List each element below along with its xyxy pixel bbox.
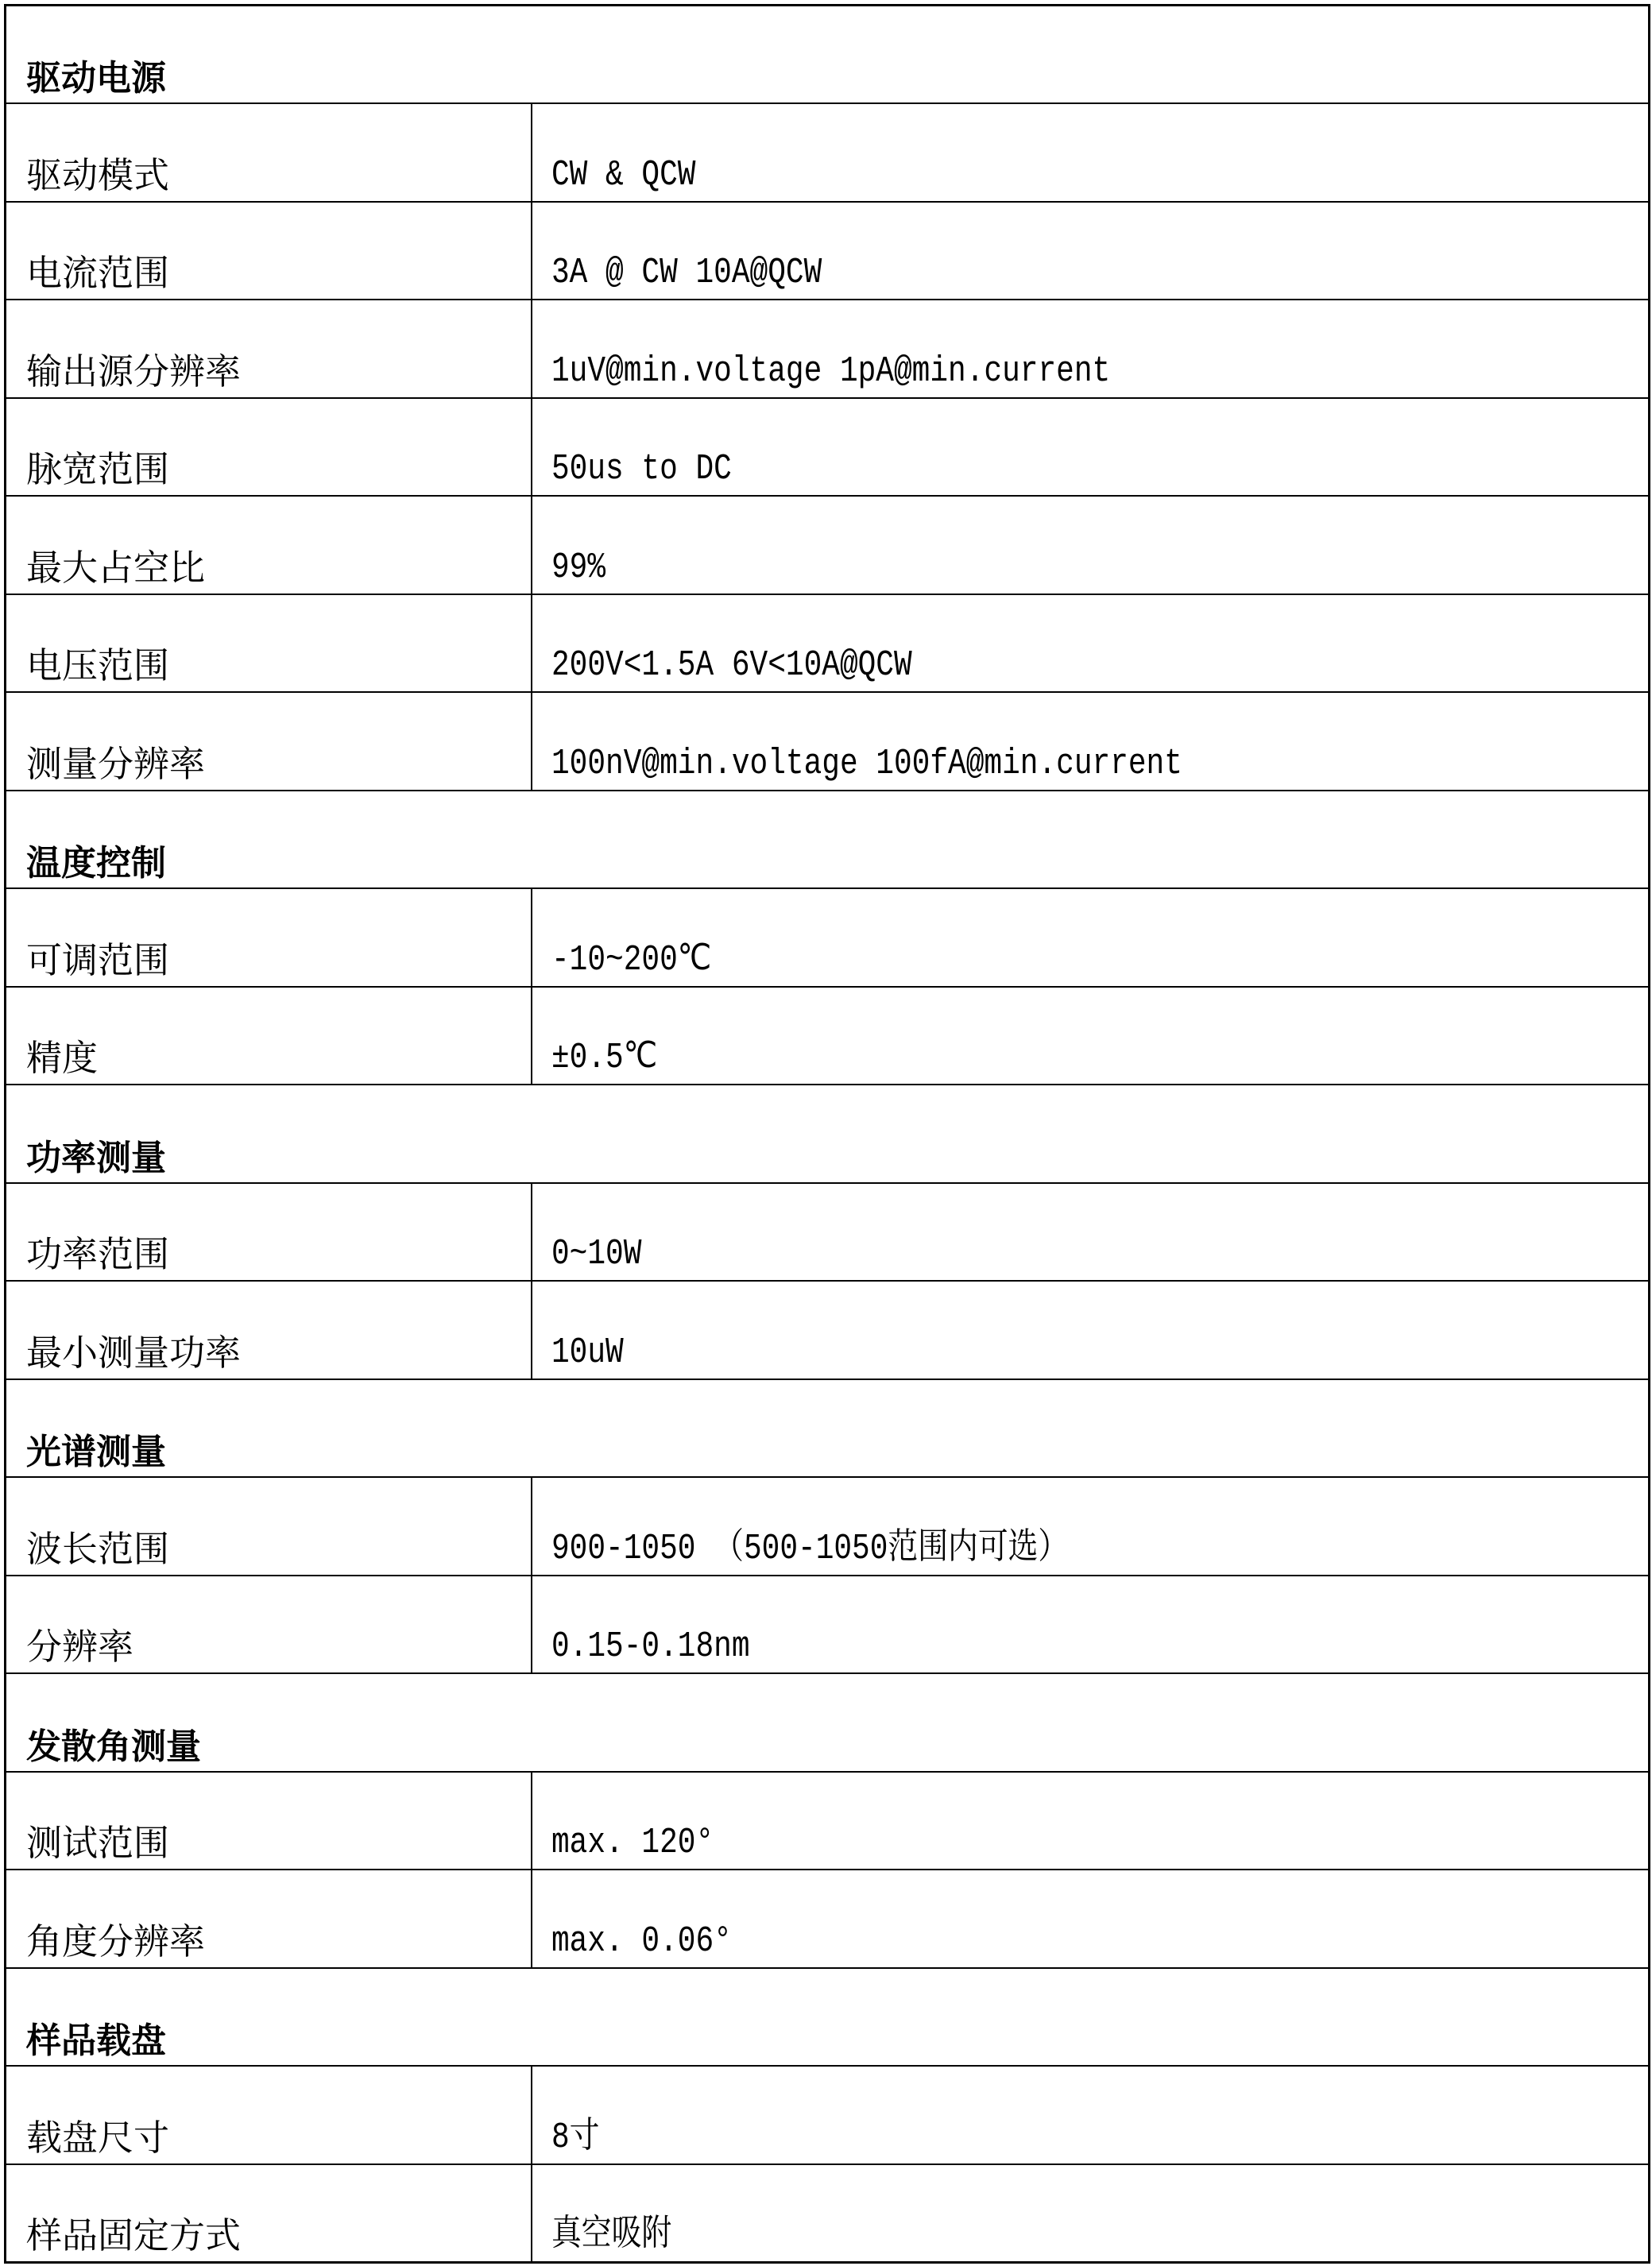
- value-cell: 8寸: [532, 2066, 1650, 2164]
- row-label: 最大占空比: [6, 547, 531, 594]
- row-value: 200V<1.5A 6V<10A@QCW: [551, 645, 912, 686]
- section-header-row: 温度控制: [6, 791, 1650, 889]
- label-cell: 最小测量功率: [6, 1281, 532, 1379]
- value-cell: 900-1050 （500-1050范围内可选）: [532, 1477, 1650, 1576]
- label-cell: 输出源分辨率: [6, 300, 532, 398]
- table-row: 精度 ±0.5℃: [6, 987, 1650, 1085]
- table-row: 载盘尺寸 8寸: [6, 2066, 1650, 2164]
- value-cell: 100nV@min.voltage 100fA@min.current: [532, 692, 1650, 791]
- section-header-cell: 功率测量: [6, 1085, 1650, 1183]
- section-title: 驱动电源: [6, 58, 1648, 102]
- table-row: 输出源分辨率 1uV@min.voltage 1pA@min.current: [6, 300, 1650, 398]
- row-value: CW & QCW: [551, 155, 695, 196]
- value-cell: 真空吸附: [532, 2164, 1650, 2263]
- table-row: 功率范围 0~10W: [6, 1183, 1650, 1282]
- row-value: 8寸: [551, 2117, 599, 2159]
- label-cell: 电压范围: [6, 594, 532, 693]
- value-cell: max. 0.06°: [532, 1870, 1650, 1968]
- section-header-row: 发散角测量: [6, 1673, 1650, 1772]
- value-cell: CW & QCW: [532, 103, 1650, 202]
- label-cell: 功率范围: [6, 1183, 532, 1282]
- row-label: 功率范围: [6, 1234, 531, 1280]
- table-row: 可调范围 -10~200℃: [6, 888, 1650, 987]
- label-cell: 测量分辨率: [6, 692, 532, 791]
- section-title: 光谱测量: [6, 1432, 1648, 1476]
- spec-table: 驱动电源 驱动模式 CW & QCW 电流范围 3A @ CW 10A@QCW …: [4, 4, 1650, 2264]
- section-header-row: 光谱测量: [6, 1379, 1650, 1478]
- value-cell: max. 120°: [532, 1772, 1650, 1870]
- row-value: -10~200℃: [551, 940, 711, 981]
- label-cell: 驱动模式: [6, 103, 532, 202]
- label-cell: 测试范围: [6, 1772, 532, 1870]
- row-label: 输出源分辨率: [6, 351, 531, 397]
- value-cell: 200V<1.5A 6V<10A@QCW: [532, 594, 1650, 693]
- value-cell: 3A @ CW 10A@QCW: [532, 202, 1650, 300]
- table-row: 测量分辨率 100nV@min.voltage 100fA@min.curren…: [6, 692, 1650, 791]
- row-value: 0~10W: [551, 1234, 641, 1275]
- label-cell: 脉宽范围: [6, 398, 532, 497]
- row-label: 测试范围: [6, 1823, 531, 1869]
- row-value: max. 0.06°: [551, 1921, 732, 1962]
- row-label: 脉宽范围: [6, 449, 531, 495]
- section-title: 温度控制: [6, 843, 1648, 887]
- value-cell: 10uW: [532, 1281, 1650, 1379]
- section-title: 功率测量: [6, 1138, 1648, 1182]
- row-value: 900-1050 （500-1050范围内可选）: [551, 1529, 1068, 1570]
- table-row: 波长范围 900-1050 （500-1050范围内可选）: [6, 1477, 1650, 1576]
- row-value: 50us to DC: [551, 449, 732, 490]
- row-label: 波长范围: [6, 1529, 531, 1575]
- row-label: 电压范围: [6, 645, 531, 691]
- label-cell: 波长范围: [6, 1477, 532, 1576]
- row-value: 1uV@min.voltage 1pA@min.current: [551, 351, 1110, 392]
- label-cell: 样品固定方式: [6, 2164, 532, 2263]
- row-label: 角度分辨率: [6, 1921, 531, 1967]
- row-value: 10uW: [551, 1332, 624, 1374]
- label-cell: 精度: [6, 987, 532, 1085]
- row-label: 最小测量功率: [6, 1332, 531, 1379]
- row-value: 0.15-0.18nm: [551, 1626, 750, 1668]
- row-value: 100nV@min.voltage 100fA@min.current: [551, 744, 1182, 785]
- section-header-cell: 驱动电源: [6, 6, 1650, 104]
- row-label: 分辨率: [6, 1626, 531, 1672]
- row-label: 可调范围: [6, 940, 531, 986]
- table-row: 角度分辨率 max. 0.06°: [6, 1870, 1650, 1968]
- value-cell: 50us to DC: [532, 398, 1650, 497]
- value-cell: 0.15-0.18nm: [532, 1576, 1650, 1674]
- label-cell: 电流范围: [6, 202, 532, 300]
- row-value: ±0.5℃: [551, 1038, 657, 1079]
- table-row: 测试范围 max. 120°: [6, 1772, 1650, 1870]
- label-cell: 可调范围: [6, 888, 532, 987]
- value-cell: -10~200℃: [532, 888, 1650, 987]
- section-header-row: 驱动电源: [6, 6, 1650, 104]
- table-row: 电流范围 3A @ CW 10A@QCW: [6, 202, 1650, 300]
- section-header-cell: 发散角测量: [6, 1673, 1650, 1772]
- section-header-cell: 样品载盘: [6, 1968, 1650, 2067]
- section-header-cell: 光谱测量: [6, 1379, 1650, 1478]
- row-label: 精度: [6, 1038, 531, 1084]
- row-label: 样品固定方式: [6, 2215, 531, 2261]
- value-cell: 99%: [532, 496, 1650, 594]
- label-cell: 角度分辨率: [6, 1870, 532, 1968]
- table-row: 脉宽范围 50us to DC: [6, 398, 1650, 497]
- value-cell: ±0.5℃: [532, 987, 1650, 1085]
- row-label: 驱动模式: [6, 155, 531, 201]
- row-value: max. 120°: [551, 1823, 714, 1864]
- table-row: 驱动模式 CW & QCW: [6, 103, 1650, 202]
- row-value: 真空吸附: [551, 2215, 671, 2256]
- section-title: 发散角测量: [6, 1727, 1648, 1771]
- table-row: 最大占空比 99%: [6, 496, 1650, 594]
- value-cell: 0~10W: [532, 1183, 1650, 1282]
- label-cell: 最大占空比: [6, 496, 532, 594]
- section-header-cell: 温度控制: [6, 791, 1650, 889]
- row-value: 99%: [551, 547, 605, 589]
- table-row: 分辨率 0.15-0.18nm: [6, 1576, 1650, 1674]
- row-value: 3A @ CW 10A@QCW: [551, 253, 822, 294]
- value-cell: 1uV@min.voltage 1pA@min.current: [532, 300, 1650, 398]
- row-label: 载盘尺寸: [6, 2117, 531, 2164]
- table-row: 电压范围 200V<1.5A 6V<10A@QCW: [6, 594, 1650, 693]
- table-row: 样品固定方式 真空吸附: [6, 2164, 1650, 2263]
- row-label: 电流范围: [6, 253, 531, 299]
- section-header-row: 样品载盘: [6, 1968, 1650, 2067]
- table-row: 最小测量功率 10uW: [6, 1281, 1650, 1379]
- section-title: 样品载盘: [6, 2020, 1648, 2065]
- label-cell: 分辨率: [6, 1576, 532, 1674]
- section-header-row: 功率测量: [6, 1085, 1650, 1183]
- label-cell: 载盘尺寸: [6, 2066, 532, 2164]
- row-label: 测量分辨率: [6, 744, 531, 790]
